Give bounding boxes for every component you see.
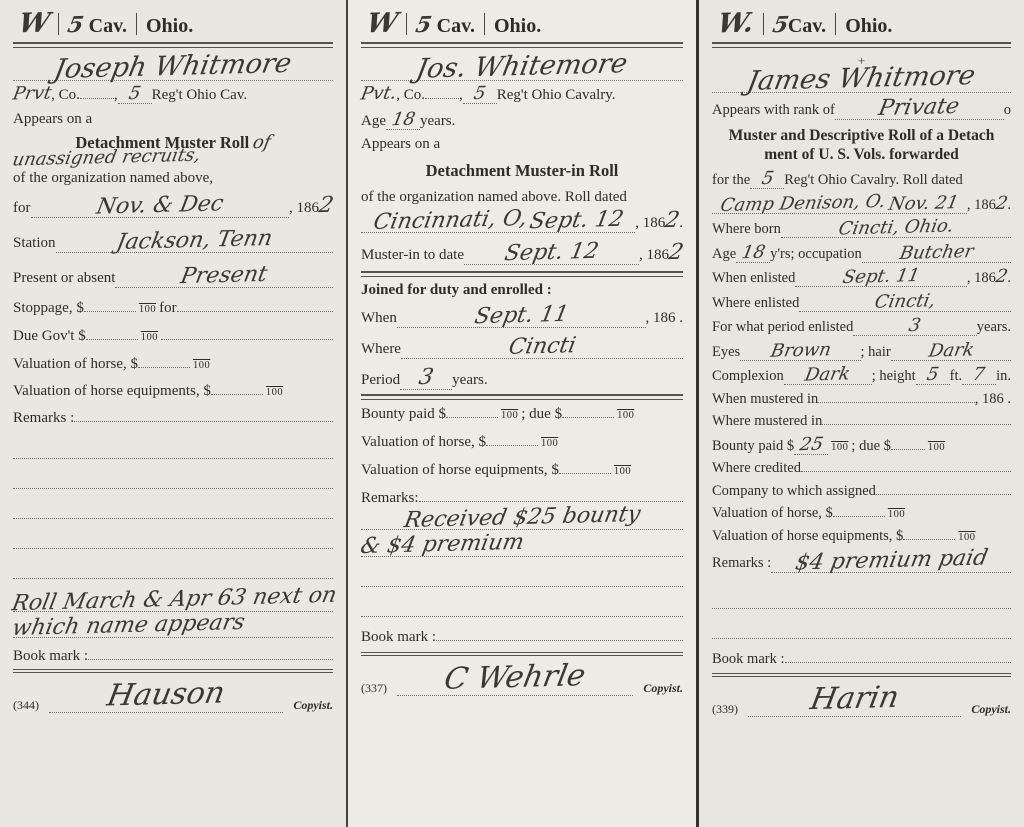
- regiment-header: 5 Cav.: [68, 14, 127, 38]
- rank-line: Pvt. , Co. , 5 Reg't Ohio Cavalry.: [361, 85, 683, 104]
- dotted-blank: [80, 98, 114, 99]
- rank-line: Prvt , Co. , 5 Reg't Ohio Cav.: [13, 85, 333, 104]
- blank-line: [13, 489, 333, 519]
- roll-place-date: Camp Denison, O. Nov. 21: [712, 195, 967, 214]
- born-value: Cincti, Ohio.: [781, 219, 1011, 238]
- dotted-blank: [801, 471, 1011, 472]
- company-letter: W: [16, 10, 52, 38]
- eyes-value: Brown: [740, 342, 860, 361]
- dotted-blank: [486, 445, 538, 446]
- muster-card-right: W. 5Cav. Ohio. + James Whitmore Appears …: [696, 0, 1024, 827]
- section-rule: [361, 394, 683, 400]
- dotted-blank: [559, 473, 611, 474]
- card3-header: W. 5Cav. Ohio.: [712, 8, 1011, 41]
- dotted-blank: [876, 494, 1011, 495]
- dotted-blank: [425, 98, 459, 99]
- field-age: Age 18 years.: [361, 111, 683, 130]
- muster-card-left: W 5 Cav. Ohio. Joseph Whitmore Prvt , Co…: [0, 0, 346, 827]
- dotted-blank: [86, 339, 138, 340]
- double-rule: [712, 42, 1011, 48]
- dotted-blank: [818, 402, 974, 403]
- hair-value: Dark: [891, 342, 1011, 361]
- double-rule: [13, 42, 333, 48]
- where-value: Cincti: [401, 336, 683, 359]
- blank-line: [13, 459, 333, 489]
- blank-line: [712, 609, 1011, 639]
- appears-on-a: Appears on a: [361, 136, 683, 153]
- field-equipments-valuation: Valuation of horse equipments, $ 100: [712, 528, 1011, 545]
- signature-rule: [712, 673, 1011, 677]
- field-horse-valuation: Valuation of horse, $ 100: [361, 434, 683, 451]
- field-where-mustered: Where mustered in: [712, 413, 1011, 430]
- appears-on-a: Appears on a: [13, 111, 333, 128]
- double-rule: [361, 42, 683, 48]
- muster-card-middle: W 5 Cav. Ohio. Jos. Whitemore Pvt. , Co.…: [346, 0, 696, 827]
- enlisted-place: Cincti,: [799, 293, 1011, 312]
- header-divider: [136, 13, 137, 35]
- field-horse-valuation: Valuation of horse, $ 100: [712, 505, 1011, 522]
- year-digit: 2: [317, 195, 335, 217]
- dotted-blank: [138, 367, 190, 368]
- field-remarks: Remarks :: [13, 410, 333, 427]
- dotted-blank: [419, 501, 684, 502]
- field-bookmark: Book mark :: [712, 651, 1011, 668]
- field-for-the: for the 5 Reg't Ohio Cavalry. Roll dated: [712, 170, 1011, 189]
- field-when-enlisted: When enlisted Sept. 11 , 186 2 .: [712, 268, 1011, 287]
- header-divider: [406, 13, 407, 35]
- period-value: 3: [853, 317, 976, 336]
- state-header: Ohio.: [845, 15, 892, 38]
- field-stoppage: Stoppage, $ 100 for: [13, 300, 333, 317]
- year-digit: 2: [667, 242, 685, 264]
- state-header: Ohio.: [494, 15, 541, 38]
- field-when-mustered: When mustered in , 186 .: [712, 391, 1011, 408]
- soldier-name: James Whitmore: [712, 65, 1011, 93]
- dotted-blank: [891, 449, 925, 450]
- occupation-value: Butcher: [862, 244, 1011, 263]
- company-letter: W: [364, 10, 400, 38]
- copyist-label: Copyist.: [971, 702, 1011, 717]
- field-age-occupation: Age 18 y'rs; occupation Butcher: [712, 244, 1011, 263]
- present-value: Present: [115, 265, 333, 288]
- roll-subtitle-hw: unassigned recruits,: [13, 149, 333, 168]
- dotted-blank: [177, 311, 333, 312]
- organization-line: of the organization named above,: [13, 170, 333, 187]
- muster-date-value: Sept. 12: [464, 242, 639, 265]
- age-value: 18: [736, 244, 770, 263]
- dotted-blank: [903, 539, 955, 540]
- field-where-enlisted: Where enlisted Cincti,: [712, 293, 1011, 312]
- header-divider: [58, 13, 59, 35]
- remark-hw-line1: Received $25 bounty: [361, 507, 683, 530]
- card-number: (344): [13, 698, 39, 713]
- dotted-blank: [88, 659, 333, 660]
- field-bounty: Bounty paid $ 25 100 ; due $ 100: [712, 436, 1011, 455]
- dotted-blank: [833, 516, 885, 517]
- company-letter: W.: [715, 10, 756, 38]
- remarks-value: $4 premium paid: [771, 550, 1011, 573]
- signature-block: (339) Harin Copyist.: [712, 681, 1011, 717]
- rank-value: Private: [835, 97, 1004, 120]
- when-value: Sept. 11: [397, 305, 646, 328]
- blank-line: [13, 549, 333, 579]
- field-remarks: Remarks : $4 premium paid: [712, 550, 1011, 573]
- section-rule: [361, 271, 683, 277]
- dotted-blank: [84, 311, 136, 312]
- field-when: When Sept. 11 , 186 .: [361, 305, 683, 328]
- field-due-govt: Due Gov't $ 100: [13, 328, 333, 345]
- copyist-label: Copyist.: [293, 698, 333, 713]
- field-eyes-hair: Eyes Brown ; hair Dark: [712, 342, 1011, 361]
- dotted-blank: [161, 339, 333, 340]
- copyist-signature: C Wehrle: [397, 660, 633, 696]
- height-feet: 5: [916, 366, 950, 385]
- signature-block: (337) C Wehrle Copyist.: [361, 660, 683, 696]
- age-value: 18: [386, 111, 420, 130]
- blank-line: [13, 429, 333, 459]
- field-horse-valuation: Valuation of horse, $ 100: [13, 356, 333, 373]
- field-equipments-valuation: Valuation of horse equipments, $ 100: [13, 383, 333, 400]
- roll-dated-line: Cincinnati, O, Sept. 12 , 186 2 .: [361, 210, 683, 233]
- rank-value: Pvt.: [359, 85, 398, 104]
- regiment-number: 5: [463, 85, 497, 104]
- field-equipments-valuation: Valuation of horse equipments, $ 100: [361, 462, 683, 479]
- rank-value: Prvt: [11, 85, 53, 104]
- soldier-name: Joseph Whitmore: [13, 53, 333, 81]
- remark-hw-line1: Roll March & Apr 63 next on: [13, 589, 333, 612]
- card2-header: W 5 Cav. Ohio.: [361, 8, 683, 41]
- roll-dated-line: Camp Denison, O. Nov. 21 , 186 2 .: [712, 195, 1011, 214]
- field-muster-in-date: Muster-in to date Sept. 12 , 186 2: [361, 242, 683, 265]
- regiment-number: 5: [118, 85, 152, 104]
- for-value: Nov. & Dec: [31, 195, 290, 218]
- card-number: (339): [712, 702, 738, 717]
- card-number: (337): [361, 681, 387, 696]
- roll-of: of: [251, 134, 272, 152]
- bounty-value: 25: [794, 436, 828, 455]
- blank-line: [361, 587, 683, 617]
- blank-line: [13, 519, 333, 549]
- card1-header: W 5 Cav. Ohio.: [13, 8, 333, 41]
- dotted-blank: [785, 662, 1012, 663]
- field-company-assigned: Company to which assigned: [712, 483, 1011, 500]
- dotted-blank: [446, 417, 498, 418]
- soldier-name: Jos. Whitemore: [361, 53, 683, 81]
- field-rank: Appears with rank of Private o: [712, 97, 1011, 120]
- signature-rule: [361, 652, 683, 656]
- regiment-header: 5 Cav.: [416, 14, 475, 38]
- dotted-blank: [74, 421, 333, 422]
- field-complexion-height: Complexion Dark ; height 5 ft. 7 in.: [712, 366, 1011, 385]
- regiment-header: 5Cav.: [773, 14, 827, 38]
- dotted-blank: [436, 640, 683, 641]
- field-for: for Nov. & Dec , 186 2: [13, 195, 333, 218]
- remark-hw-line2: which name appears: [13, 615, 333, 638]
- copyist-signature: Harin: [748, 681, 961, 717]
- field-where-born: Where born Cincti, Ohio.: [712, 219, 1011, 238]
- copyist-label: Copyist.: [643, 681, 683, 696]
- dotted-blank: [211, 394, 263, 395]
- blank-line: [712, 579, 1011, 609]
- roll-place-date: Cincinnati, O, Sept. 12: [361, 210, 635, 233]
- organization-line: of the organization named above. Roll da…: [361, 189, 683, 206]
- period-value: 3: [400, 367, 452, 390]
- header-divider: [835, 13, 836, 35]
- station-value: Jackson, Tenn: [56, 230, 333, 253]
- joined-heading: Joined for duty and enrolled :: [361, 282, 683, 299]
- regiment-number: 5: [750, 170, 784, 189]
- remark-hw-line2: & $4 premium: [361, 534, 683, 557]
- complexion-value: Dark: [784, 366, 872, 385]
- field-bookmark: Book mark :: [13, 648, 333, 665]
- copyist-signature: Hauson: [49, 677, 283, 713]
- header-divider: [763, 13, 764, 35]
- enlisted-date: Sept. 11: [795, 268, 967, 287]
- field-station: Station Jackson, Tenn: [13, 230, 333, 253]
- signature-rule: [13, 669, 333, 673]
- header-divider: [484, 13, 485, 35]
- roll-title: Muster and Descriptive Roll of a Detach …: [712, 126, 1011, 165]
- field-bounty: Bounty paid $ 100 ; due $ 100: [361, 406, 683, 423]
- state-header: Ohio.: [146, 15, 193, 38]
- field-where: Where Cincti: [361, 336, 683, 359]
- field-bookmark: Book mark :: [361, 629, 683, 646]
- dotted-blank: [822, 424, 1011, 425]
- field-where-credited: Where credited: [712, 460, 1011, 477]
- dotted-blank: [562, 417, 614, 418]
- signature-block: (344) Hauson Copyist.: [13, 677, 333, 713]
- roll-title: Detachment Muster-in Roll: [361, 161, 683, 181]
- field-period-enlisted: For what period enlisted 3 years.: [712, 317, 1011, 336]
- field-period: Period 3 years.: [361, 367, 683, 390]
- field-present-absent: Present or absent Present: [13, 265, 333, 288]
- height-inches: 7: [962, 366, 996, 385]
- blank-line: [361, 557, 683, 587]
